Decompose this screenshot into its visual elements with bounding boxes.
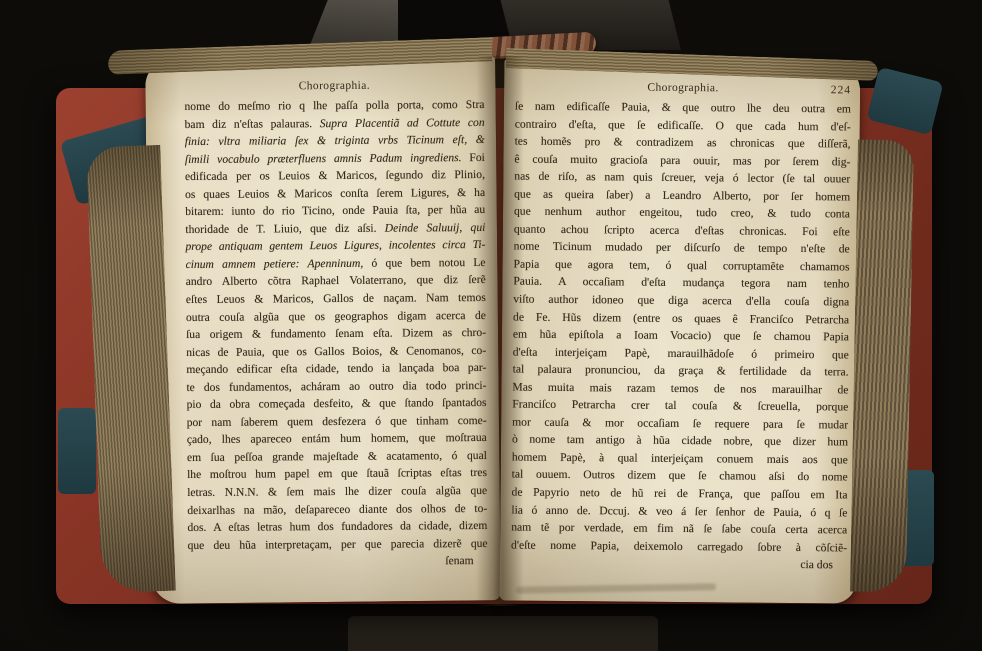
text-line: d'eſte nome Papia, deixemolo carregado ſ… — [511, 536, 847, 556]
running-header-title: Chorographia. — [299, 80, 370, 92]
page-number: 224 — [831, 82, 851, 98]
left-page-text-column: Chorographia. nome do meſmo rio q lhe pa… — [184, 77, 487, 572]
text-line: lhe moſtrou hum papel em que ſtauã ſcrip… — [187, 464, 487, 484]
text-line: bam diz n'eſtas palauras. Supra Placenti… — [185, 114, 485, 134]
text-line: dos. A eſtas letras hum dos fundadores d… — [187, 517, 487, 537]
right-page-text-column: Chorographia. 224 ſe nam edificaſſe Paui… — [511, 79, 851, 575]
text-line: ſimili vocabulo præterfluens amnis Padum… — [185, 149, 485, 169]
text-line: nome do meſmo rio q lhe paſſa polla port… — [184, 96, 484, 116]
text-line: eſtes Leuos & Maricos, Gallos de naçam. … — [186, 289, 486, 309]
text-block-right: ſe nam edificaſſe Pauia, & que outro lhe… — [511, 98, 851, 557]
text-line: ſe nam edificaſſe Pauia, & que outro lhe… — [515, 98, 851, 118]
text-line: pio da obra começada desfeito, & que ſta… — [186, 394, 486, 414]
text-line: que deu hũa interpretaçam, per que parec… — [187, 535, 487, 555]
text-line: nicas de Pauia, que os Gallos Boios, & C… — [186, 342, 486, 362]
text-line: cinum amnem petiere: Apenninum, ó que be… — [186, 254, 486, 274]
text-line: em ſua peſſoa grande majeſtade & acatame… — [187, 447, 487, 467]
book-photo: Chorographia. nome do meſmo rio q lhe pa… — [0, 0, 982, 651]
text-line: os quaes Leuios & Maricos conſta ſerem L… — [185, 184, 485, 204]
text-line: bitarem: iunto do rio Ticino, onde Pauia… — [185, 201, 485, 221]
text-line: meçando edificar eſta cidade, tendo ia l… — [186, 359, 486, 379]
text-line: finia: vltra miliaria ſex & triginta vrb… — [185, 131, 485, 151]
text-line: prope antiquam gentem Leuos Ligures, inc… — [185, 236, 485, 256]
text-line: deixarlhas na mão, deſapareceo diante do… — [187, 500, 487, 520]
cover-accent-left — [58, 408, 96, 494]
text-line: outra couſa algũa que os geographos diga… — [186, 307, 486, 327]
catchword-left: ſenam — [188, 552, 488, 572]
text-line: ſua origem & fundamento ſenam eſta. Dize… — [186, 324, 486, 344]
text-block-left: nome do meſmo rio q lhe paſſa polla port… — [184, 96, 487, 554]
running-header-title: Chorographia. — [647, 82, 718, 95]
text-line: te dos fundamentos, acháram ao outro dia… — [186, 377, 486, 397]
text-line: thoridade de T. Liuio, que diz aſsi. Dei… — [185, 219, 485, 239]
catchword-right: cia dos — [511, 554, 847, 575]
text-line: andro Alberto cõtra Raphael Volaterrano,… — [186, 271, 486, 291]
text-line: viſto author idoneo que diga acerca d'el… — [513, 291, 849, 311]
text-line: letras. N.N.N. & ſem mais lhe dizer couſ… — [187, 482, 487, 502]
running-header-left: Chorographia. — [184, 77, 484, 95]
text-line: çado, lhes apareceo entám hum homem, que… — [187, 429, 487, 449]
text-line: por nam ſaberem quem desfezera ó que tin… — [187, 412, 487, 432]
text-line: edificada per os Leuios & Maricos, ſegun… — [185, 166, 485, 186]
fore-edge-right — [850, 140, 914, 593]
fore-edge-left — [86, 145, 176, 593]
running-header-right: Chorographia. 224 — [515, 79, 851, 98]
book-cradle-base — [348, 616, 658, 651]
